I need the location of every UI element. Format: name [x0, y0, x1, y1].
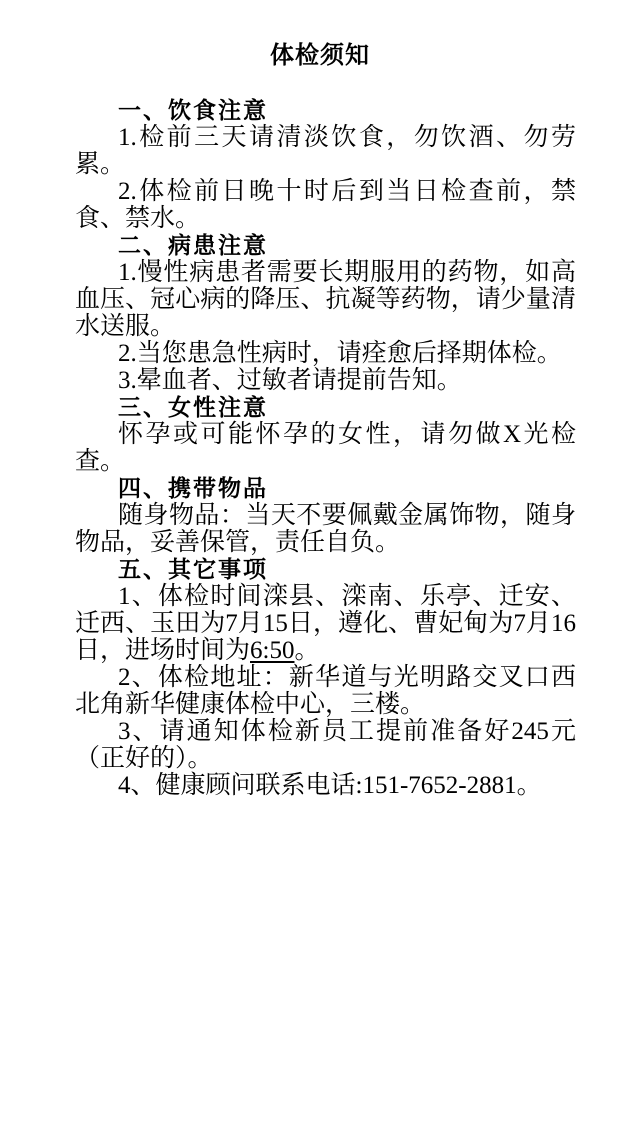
- paragraph: 1.检前三天请清淡饮食，勿饮酒、勿劳累。: [75, 124, 576, 178]
- document-page: 体检须知 一、饮食注意 1.检前三天请清淡饮食，勿饮酒、勿劳累。 2.体检前日晚…: [0, 0, 640, 1136]
- section-other: 五、其它事项 1、体检时间滦县、滦南、乐亭、迁安、迁西、玉田为7月15日，遵化、…: [75, 556, 576, 799]
- document-body: 一、饮食注意 1.检前三天请清淡饮食，勿饮酒、勿劳累。 2.体检前日晚十时后到当…: [75, 97, 576, 799]
- paragraph-text: 。: [294, 637, 319, 664]
- section-heading: 二、病患注意: [75, 232, 576, 259]
- section-female: 三、女性注意 怀孕或可能怀孕的女性，请勿做X光检查。: [75, 394, 576, 475]
- paragraph: 3.晕血者、过敏者请提前告知。: [75, 367, 576, 394]
- paragraph: 2.体检前日晚十时后到当日检查前，禁食、禁水。: [75, 178, 576, 232]
- paragraph: 随身物品：当天不要佩戴金属饰物，随身物品，妥善保管，责任自负。: [75, 502, 576, 556]
- paragraph: 1、体检时间滦县、滦南、乐亭、迁安、迁西、玉田为7月15日，遵化、曹妃甸为7月1…: [75, 583, 576, 664]
- section-belongings: 四、携带物品 随身物品：当天不要佩戴金属饰物，随身物品，妥善保管，责任自负。: [75, 475, 576, 556]
- paragraph: 2.当您患急性病时，请痊愈后择期体检。: [75, 340, 576, 367]
- section-heading: 四、携带物品: [75, 475, 576, 502]
- section-heading: 三、女性注意: [75, 394, 576, 421]
- paragraph-text: 1、体检时间滦县、滦南、乐亭、迁安、迁西、玉田为7月15日，遵化、曹妃甸为7月1…: [75, 583, 576, 664]
- page-title: 体检须知: [0, 0, 640, 70]
- underlined-entry-time: 6:50: [250, 637, 294, 664]
- paragraph: 怀孕或可能怀孕的女性，请勿做X光检查。: [75, 421, 576, 475]
- section-diet: 一、饮食注意 1.检前三天请清淡饮食，勿饮酒、勿劳累。 2.体检前日晚十时后到当…: [75, 97, 576, 232]
- paragraph: 2、体检地址：新华道与光明路交叉口西北角新华健康体检中心，三楼。: [75, 664, 576, 718]
- paragraph: 3、请通知体检新员工提前准备好245元（正好的）。: [75, 718, 576, 772]
- paragraph: 1.慢性病患者需要长期服用的药物，如高血压、冠心病的降压、抗凝等药物，请少量清水…: [75, 259, 576, 340]
- paragraph: 4、健康顾问联系电话:151-7652-2881。: [75, 772, 576, 799]
- section-heading: 一、饮食注意: [75, 97, 576, 124]
- section-illness: 二、病患注意 1.慢性病患者需要长期服用的药物，如高血压、冠心病的降压、抗凝等药…: [75, 232, 576, 394]
- section-heading: 五、其它事项: [75, 556, 576, 583]
